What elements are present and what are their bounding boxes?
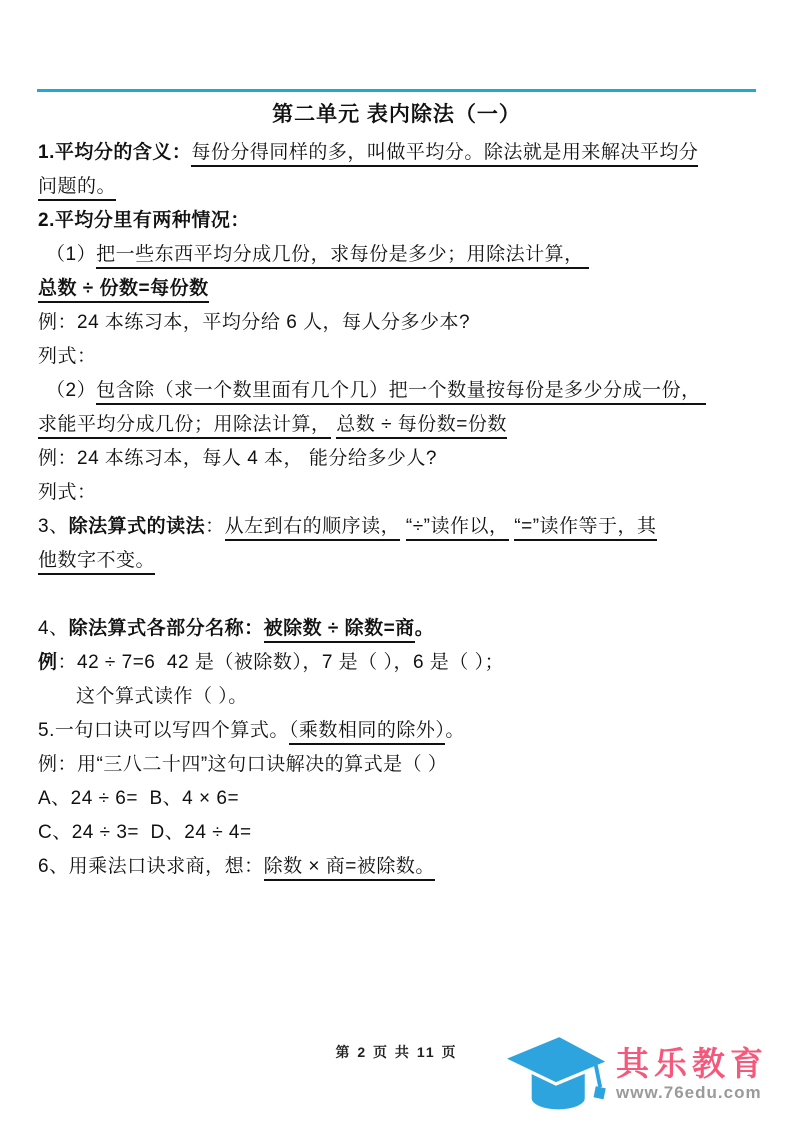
text-segment: 例：24 本练习本，每人 4 本， 能分给多少人? bbox=[38, 448, 437, 469]
text-segment: 他数字不变。 bbox=[38, 550, 155, 575]
text-segment: 除法算式各部分名称： bbox=[69, 618, 264, 639]
brand-name: 其乐教育 bbox=[616, 1045, 768, 1083]
text-line: 例：42 ÷ 7=6 42 是（被除数），7 是（ ），6 是（ ）； bbox=[38, 646, 757, 680]
brand-url: www.76edu.com bbox=[616, 1083, 768, 1103]
text-line: （1）把一些东西平均分成几份，求每份是多少；用除法计算， bbox=[38, 238, 757, 272]
text-segment: 把一些东西平均分成几份，求每份是多少；用除法计算， bbox=[96, 244, 589, 269]
text-line: （2）包含除（求一个数里面有几个几）把一个数量按每份是多少分成一份， bbox=[38, 374, 757, 408]
text-segment: A、24 ÷ 6= B、4 × 6= bbox=[38, 788, 239, 809]
brand-text: 其乐教育 www.76edu.com bbox=[616, 1045, 768, 1103]
text-line: 这个算式读作（ ）。 bbox=[38, 680, 757, 714]
text-segment: “÷”读作以， bbox=[406, 516, 509, 541]
text-line: 6、用乘法口诀求商，想：除数 × 商=被除数。 bbox=[38, 850, 757, 884]
header-rule bbox=[37, 89, 756, 92]
text-segment: （2） bbox=[46, 380, 96, 401]
text-segment: 每份分得同样的多，叫做平均分。除法就是用来解决平均分 bbox=[191, 142, 698, 167]
graduation-cap-icon bbox=[500, 1032, 612, 1116]
text-segment: 例 bbox=[38, 652, 58, 673]
document-page: 第二单元 表内除法（一） 1.平均分的含义：每份分得同样的多，叫做平均分。除法就… bbox=[0, 0, 793, 1122]
text-line: 1.平均分的含义：每份分得同样的多，叫做平均分。除法就是用来解决平均分 bbox=[38, 136, 757, 170]
text-segment: （乘数相同的除外） bbox=[289, 720, 446, 745]
text-line: 2.平均分里有两种情况： bbox=[38, 204, 757, 238]
text-segment: 6、用乘法口诀求商，想： bbox=[38, 856, 264, 877]
text-segment: 被除数 ÷ 除数=商 bbox=[264, 618, 415, 643]
text-segment: ： bbox=[205, 516, 225, 537]
text-segment: 问题的。 bbox=[38, 176, 116, 201]
text-line: 他数字不变。 bbox=[38, 544, 757, 578]
text-segment: 3、 bbox=[38, 516, 69, 537]
text-segment: 4、 bbox=[38, 618, 69, 639]
text-segment: C、24 ÷ 3= D、24 ÷ 4= bbox=[38, 822, 252, 843]
brand-logo: 其乐教育 www.76edu.com bbox=[500, 1030, 793, 1118]
text-line: 问题的。 bbox=[38, 170, 757, 204]
text-segment: “=”读作等于，其 bbox=[514, 516, 656, 541]
text-segment: 列式： bbox=[38, 482, 97, 503]
text-segment: 总数 ÷ 份数=每份数 bbox=[38, 278, 209, 303]
text-segment: 从左到右的顺序读， bbox=[225, 516, 401, 541]
text-segment: 5.一句口诀可以写四个算式。 bbox=[38, 720, 289, 741]
text-segment: 。 bbox=[445, 720, 465, 741]
blank-line bbox=[38, 578, 757, 612]
text-segment: 。 bbox=[415, 618, 435, 639]
text-line: 例：24 本练习本，每人 4 本， 能分给多少人? bbox=[38, 442, 757, 476]
page-title: 第二单元 表内除法（一） bbox=[0, 98, 793, 128]
text-segment: ：42 ÷ 7=6 42 是（被除数），7 是（ ），6 是（ ）； bbox=[58, 652, 505, 673]
document-body: 1.平均分的含义：每份分得同样的多，叫做平均分。除法就是用来解决平均分问题的。2… bbox=[38, 136, 757, 884]
text-segment: 求能平均分成几份；用除法计算， bbox=[38, 414, 331, 439]
text-line: 例：24 本练习本，平均分给 6 人，每人分多少本? bbox=[38, 306, 757, 340]
text-segment: 例：24 本练习本，平均分给 6 人，每人分多少本? bbox=[38, 312, 470, 333]
text-segment: 例：用“三八二十四”这句口诀解决的算式是（ ） bbox=[38, 754, 447, 775]
text-line: C、24 ÷ 3= D、24 ÷ 4= bbox=[38, 816, 757, 850]
text-line: A、24 ÷ 6= B、4 × 6= bbox=[38, 782, 757, 816]
text-line: 5.一句口诀可以写四个算式。（乘数相同的除外）。 bbox=[38, 714, 757, 748]
text-line: 总数 ÷ 份数=每份数 bbox=[38, 272, 757, 306]
text-segment: 这个算式读作（ ）。 bbox=[76, 686, 248, 707]
text-segment: 列式： bbox=[38, 346, 97, 367]
text-segment: 1.平均分的含义： bbox=[38, 142, 191, 163]
text-line: 列式： bbox=[38, 476, 757, 510]
text-line: 4、除法算式各部分名称：被除数 ÷ 除数=商。 bbox=[38, 612, 757, 646]
text-segment: 除法算式的读法 bbox=[69, 516, 206, 537]
text-segment: 总数 ÷ 每份数=份数 bbox=[336, 414, 507, 439]
text-line: 求能平均分成几份；用除法计算， 总数 ÷ 每份数=份数 bbox=[38, 408, 757, 442]
text-line: 例：用“三八二十四”这句口诀解决的算式是（ ） bbox=[38, 748, 757, 782]
text-segment: 除数 × 商=被除数。 bbox=[264, 856, 435, 881]
text-segment: 2.平均分里有两种情况： bbox=[38, 210, 250, 231]
text-line: 列式： bbox=[38, 340, 757, 374]
text-segment: 包含除（求一个数里面有几个几）把一个数量按每份是多少分成一份， bbox=[96, 380, 706, 405]
page-number: 第 2 页 共 11 页 bbox=[335, 1044, 457, 1060]
text-line: 3、除法算式的读法：从左到右的顺序读， “÷”读作以， “=”读作等于，其 bbox=[38, 510, 757, 544]
text-segment: （1） bbox=[46, 244, 96, 265]
